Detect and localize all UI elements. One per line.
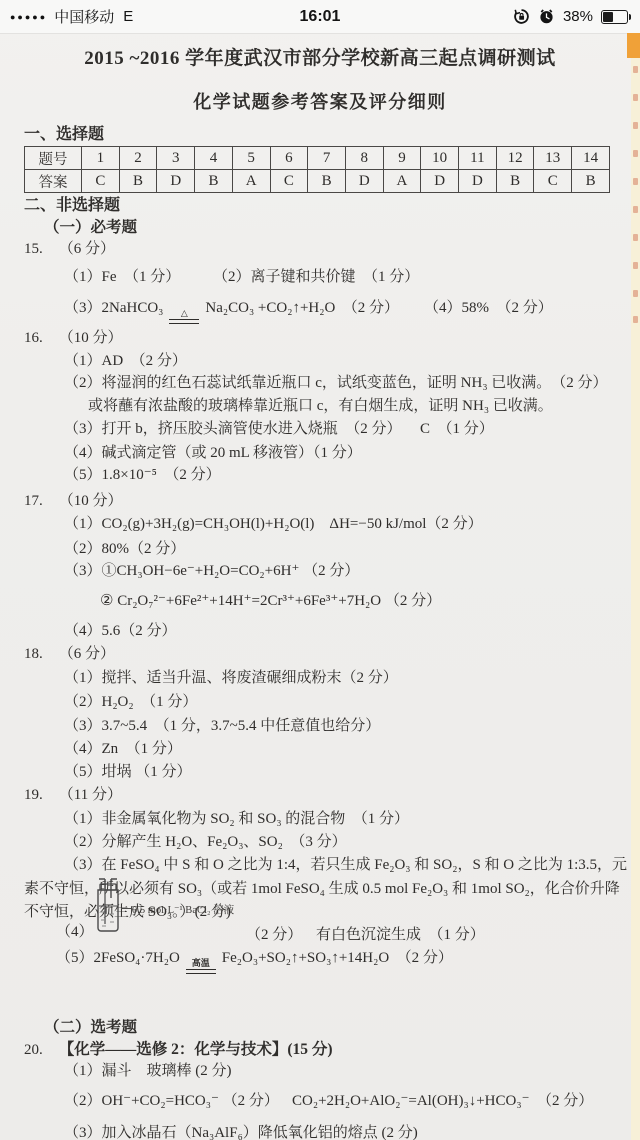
table-cell: 7 (308, 147, 346, 170)
q18-answer-5: （5）坩埚 （1 分） (64, 763, 192, 782)
section-1-heading: 一、选择题 (24, 125, 104, 145)
q20-answer-1: （1）漏斗 玻璃棒 (2 分) (64, 1062, 232, 1081)
section-2-heading: 二、非选择题 (24, 196, 120, 216)
q15-answer-3: （3）2NaHCO₃△Na₂CO₃ +CO₂↑+H₂O （2 分） (64, 299, 399, 324)
document-page: 2015 ~2016 学年度武汉市部分学校新高三起点调研测试 化学试题参考答案及… (0, 33, 640, 1140)
row-header-number: 题号 (25, 147, 82, 170)
q19-answer-1: （1）非金属氧化物为 SO₂ 和 SO₃ 的混合物 （1 分） (64, 810, 409, 829)
table-cell: 8 (345, 147, 383, 170)
table-row-numbers: 题号 1 2 3 4 5 6 7 8 9 10 11 12 13 14 (25, 147, 610, 170)
q19-a5-right: Fe₂O₃+SO₂↑+SO₃↑+14H₂O （2 分） (222, 950, 453, 966)
high-temp-condition: 高温 (192, 959, 210, 968)
q17-answer-3b: ② Cr₂O₇²⁻+6Fe²⁺+14H⁺=2Cr³⁺+6Fe³⁺+7H₂O （2… (100, 592, 441, 611)
table-cell: 6 (270, 147, 308, 170)
edge-mark (633, 94, 638, 101)
page-edge-corner (627, 33, 640, 58)
edge-mark (633, 234, 638, 241)
table-cell: 2 (119, 147, 157, 170)
q18-answer-3: （3）3.7~5.4 （1 分，3.7~5.4 中任意值也给分） (64, 717, 380, 736)
table-cell: B (496, 170, 534, 193)
q17-answer-3: （3）①CH₃OH−6e⁻+H₂O=CO₂+6H⁺ （2 分） (64, 562, 359, 581)
q19-answer-5: （5）2FeSO₄·7H₂O高温Fe₂O₃+SO₂↑+SO₃↑+14H₂O （2… (56, 949, 453, 974)
phone-screen: ●●●●● 中国移动 E 16:01 38% 2015 ~2016 学年度武汉市… (0, 0, 640, 1140)
reaction-condition: △ (169, 309, 199, 324)
table-cell: B (119, 170, 157, 193)
answer-key-table: 题号 1 2 3 4 5 6 7 8 9 10 11 12 13 14 答案 C… (24, 146, 610, 193)
doc-subtitle: 化学试题参考答案及评分细则 (0, 91, 640, 114)
q15-a3-left: （3）2NaHCO₃ (64, 300, 163, 316)
q17-number: 17. (24, 493, 43, 509)
edge-mark (633, 122, 638, 129)
q16-score: （10 分） (59, 330, 123, 346)
q18-header: 18.（6 分） (24, 645, 115, 664)
table-cell: D (157, 170, 195, 193)
battery-tip (629, 14, 632, 20)
q16-answer-4: （4）碱式滴定管（或 20 mL 移液管）（1 分） (64, 444, 362, 463)
table-cell: 12 (496, 147, 534, 170)
q20-answer-3: （3）加入冰晶石（Na₃AlF₆）降低氧化铝的熔点 (2 分) (64, 1124, 418, 1140)
table-cell: B (308, 170, 346, 193)
q20-title: 【化学——选修 2：化学与技术】(15 分) (59, 1041, 333, 1058)
q19-answer-4-text: 有白色沉淀生成 （1 分） (316, 926, 485, 945)
q20-number: 20. (24, 1042, 43, 1058)
table-cell: C (270, 170, 308, 193)
edge-mark (633, 150, 638, 157)
row-header-answer: 答案 (25, 170, 82, 193)
q16-header: 16.（10 分） (24, 329, 123, 348)
q18-answer-2: （2）H₂O₂ （1 分） (64, 693, 197, 712)
battery-percent-label: 38% (563, 8, 593, 25)
edge-mark (633, 178, 638, 185)
q17-answer-2: （2）80%（2 分） (64, 540, 185, 559)
edge-mark (633, 66, 638, 73)
q16-answer-3: （3）打开 b，挤压胶头滴管使水进入烧瓶 （2 分） (64, 420, 402, 439)
double-bar (186, 969, 216, 974)
table-row-answers: 答案 C B D B A C B D A D D B C B (25, 170, 610, 193)
table-cell: 13 (534, 147, 572, 170)
q19-number: 19. (24, 787, 43, 803)
figure-leader-line (121, 908, 132, 909)
table-cell: 5 (232, 147, 270, 170)
table-cell: C (534, 170, 572, 193)
figure-label: 0.5 mol·L⁻¹ BaCl₂ 溶液 (132, 902, 234, 917)
status-bar: ●●●●● 中国移动 E 16:01 38% (0, 0, 640, 34)
q15-score: （6 分） (59, 241, 115, 257)
orientation-lock-icon (513, 8, 530, 25)
part-1-heading: （一）必考题 (44, 218, 137, 237)
edge-mark (633, 206, 638, 213)
gas-washing-bottle-figure (88, 876, 128, 934)
q16-answer-2: （2）将湿润的红色石蕊试纸靠近瓶口 c，试纸变蓝色，证明 NH₃ 已收满。 （2… (64, 374, 608, 393)
q20-answer-2a: （2）OH⁻+CO₂=HCO₃⁻ （2 分） (64, 1092, 279, 1111)
doc-title: 2015 ~2016 学年度武汉市部分学校新高三起点调研测试 (0, 47, 640, 71)
table-cell: D (345, 170, 383, 193)
alarm-clock-icon (538, 8, 555, 25)
q17-answer-1: （1）CO₂(g)+3H₂(g)=CH₃OH(l)+H₂O(l) ΔH=−50 … (64, 515, 483, 534)
table-cell: 14 (572, 147, 610, 170)
q16-number: 16. (24, 330, 43, 346)
part-2-heading: （二）选考题 (44, 1018, 137, 1037)
q18-answer-4: （4）Zn （1 分） (64, 740, 182, 759)
double-bar (169, 319, 199, 324)
table-cell: D (421, 170, 459, 193)
q20-header: 20.【化学——选修 2：化学与技术】(15 分) (24, 1040, 333, 1060)
q19-answer-3-line1: （3）在 FeSO₄ 中 S 和 O 之比为 1:4，若只生成 Fe₂O₃ 和 … (64, 856, 627, 875)
table-cell: 11 (459, 147, 497, 170)
q19-answer-4-score: （2 分） (246, 926, 302, 945)
q15-header: 15.（6 分） (24, 240, 115, 259)
table-cell: A (383, 170, 421, 193)
q15-answer-4: （4）58% （2 分） (424, 299, 553, 318)
q15-answer-2: （2）离子键和共价键 （1 分） (213, 268, 419, 287)
q19-header: 19.（11 分） (24, 786, 122, 805)
q18-answer-1: （1）搅拌、适当升温、将废渣碾细成粉末（2 分） (64, 669, 398, 688)
q16-answer-3b: C （1 分） (420, 420, 494, 439)
q19-answer-2: （2）分解产生 H₂O、Fe₂O₃、SO₂ （3 分） (64, 833, 347, 852)
q15-number: 15. (24, 241, 43, 257)
q17-header: 17.（10 分） (24, 492, 123, 511)
q15-a3-right: Na₂CO₃ +CO₂↑+H₂O （2 分） (205, 300, 399, 316)
q16-answer-5: （5）1.8×10⁻⁵ （2 分） (64, 466, 221, 485)
table-cell: 10 (421, 147, 459, 170)
table-cell: B (195, 170, 233, 193)
page-edge-strip (631, 33, 640, 1140)
q17-score: （10 分） (59, 493, 123, 509)
q19-score: （11 分） (59, 787, 122, 803)
status-bar-right: 38% (513, 0, 628, 33)
q19-answer-4-label: （4） (56, 923, 94, 942)
q18-number: 18. (24, 646, 43, 662)
delta-condition: △ (181, 309, 188, 318)
table-cell: 1 (82, 147, 120, 170)
table-cell: 4 (195, 147, 233, 170)
q15-answer-1: （1）Fe （1 分） (64, 268, 180, 287)
q16-answer-2b: 或将蘸有浓盐酸的玻璃棒靠近瓶口 c，有白烟生成，证明 NH₃ 已收满。 (88, 397, 553, 416)
table-cell: C (82, 170, 120, 193)
edge-mark (633, 290, 638, 297)
table-cell: 9 (383, 147, 421, 170)
q19-a5-left: （5）2FeSO₄·7H₂O (56, 950, 180, 966)
table-cell: 3 (157, 147, 195, 170)
table-cell: D (459, 170, 497, 193)
reaction-condition: 高温 (186, 959, 216, 974)
battery-icon (601, 10, 628, 24)
battery-fill (603, 12, 613, 22)
table-cell: A (232, 170, 270, 193)
q18-score: （6 分） (59, 646, 115, 662)
table-cell: B (572, 170, 610, 193)
q17-answer-4: （4）5.6（2 分） (64, 622, 177, 641)
q16-answer-1: （1）AD （2 分） (64, 352, 187, 371)
q20-answer-2b: CO₂+2H₂O+AlO₂⁻=Al(OH)₃↓+HCO₃⁻ （2 分） (292, 1092, 593, 1111)
edge-mark (633, 316, 638, 323)
edge-mark (633, 262, 638, 269)
